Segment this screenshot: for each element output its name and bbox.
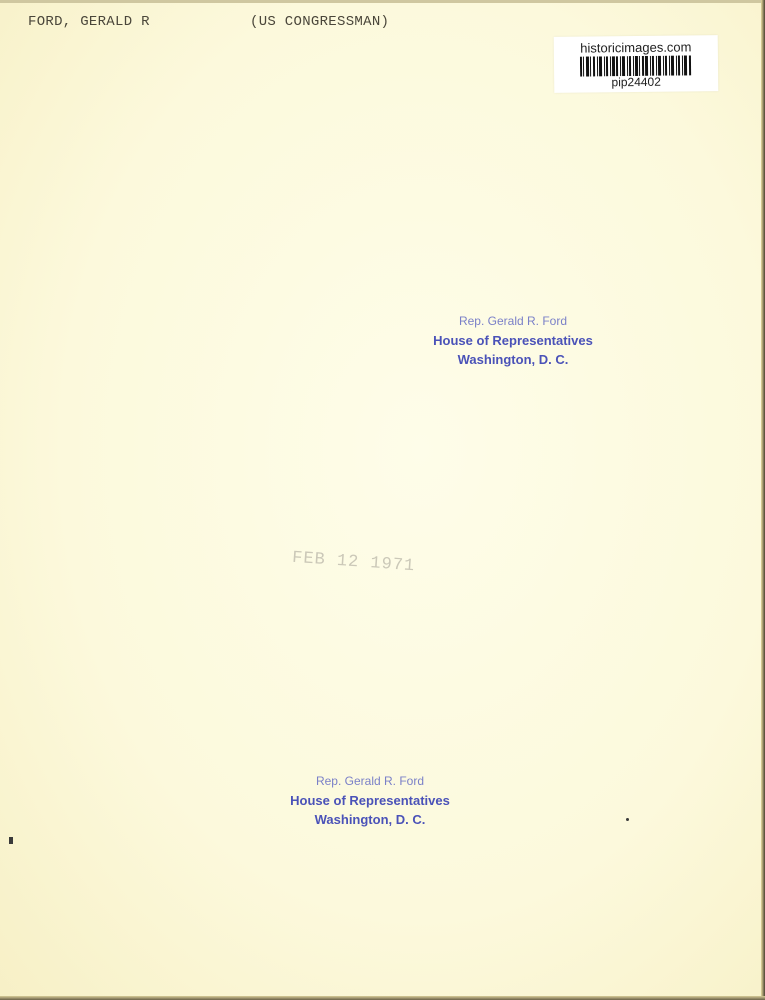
paper-top-edge (0, 0, 765, 3)
stamp-line-house: House of Representatives (428, 331, 598, 350)
stamp-line-city: Washington, D. C. (280, 810, 460, 829)
archive-code: pip24402 (554, 74, 718, 90)
stamp-line-city: Washington, D. C. (428, 350, 598, 369)
stamp-line-rep: Rep. Gerald R. Ford (428, 312, 598, 331)
ink-dot (626, 818, 629, 821)
stamp-line-house: House of Representatives (280, 791, 460, 810)
archive-site: historicimages.com (554, 39, 718, 56)
subject-name: FORD, GERALD R (28, 14, 150, 30)
paper-bottom-edge (0, 996, 765, 1000)
ink-mark (9, 837, 13, 844)
barcode-icon (580, 55, 692, 76)
stamp-line-rep: Rep. Gerald R. Ford (280, 772, 460, 791)
archive-label: historicimages.com pip24402 (554, 35, 719, 93)
photo-back-paper (0, 0, 765, 1000)
paper-right-edge (761, 0, 765, 1000)
subject-title: (US CONGRESSMAN) (250, 14, 389, 30)
address-stamp-top: Rep. Gerald R. Ford House of Representat… (428, 312, 598, 369)
address-stamp-bottom: Rep. Gerald R. Ford House of Representat… (280, 772, 460, 829)
